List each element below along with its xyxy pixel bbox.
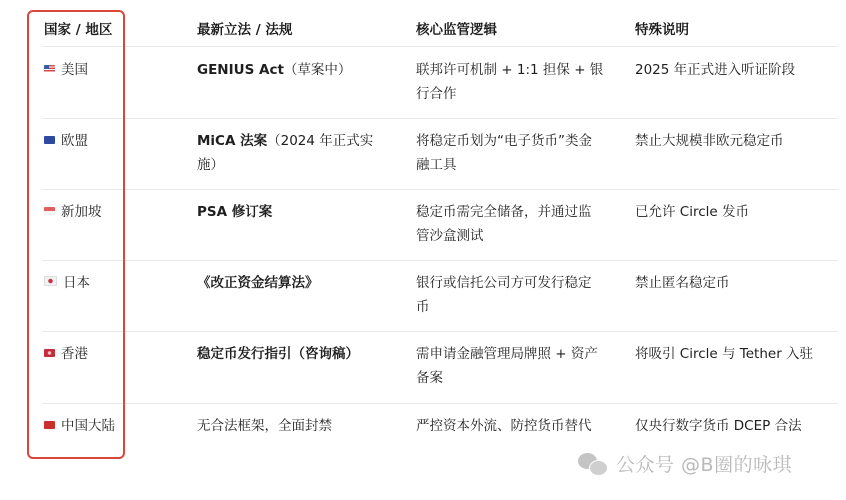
law-suffix: （草案中） xyxy=(284,62,352,78)
table-header: 国家 / 地区 最新立法 / 法规 核心监管逻辑 特殊说明 xyxy=(42,18,838,42)
law-name: GENIUS Act xyxy=(197,62,284,78)
header-divider xyxy=(42,46,838,47)
logic-cell: 将稳定币划为“电子货币”类金融工具 xyxy=(416,129,596,177)
law-cell: PSA 修订案 xyxy=(197,200,397,224)
logic-cell: 严控资本外流、防控货币替代 xyxy=(416,414,596,438)
region-column-highlight xyxy=(27,10,125,459)
row-divider xyxy=(42,403,838,404)
law-name: MiCA 法案 xyxy=(197,133,267,149)
logic-cell: 银行或信托公司方可发行稳定币 xyxy=(416,271,596,319)
note-cell: 仅央行数字货币 DCEP 合法 xyxy=(635,414,840,438)
logic-cell: 需申请金融管理局牌照 + 资产备案 xyxy=(416,342,601,390)
row-divider xyxy=(42,331,838,332)
logic-cell: 稳定币需完全储备，并通过监管沙盒测试 xyxy=(416,200,596,248)
table-row: 新加坡 PSA 修订案 稳定币需完全储备，并通过监管沙盒测试 已允许 Circl… xyxy=(42,200,838,260)
table-row: 日本 《改正资金结算法》 银行或信托公司方可发行稳定币 禁止匿名稳定币 xyxy=(42,271,838,331)
table-row: 欧盟 MiCA 法案（2024 年正式实施） 将稳定币划为“电子货币”类金融工具… xyxy=(42,129,838,189)
note-cell: 禁止匿名稳定币 xyxy=(635,271,840,295)
law-cell: 稳定币发行指引（咨询稿） xyxy=(197,342,407,366)
law-name: 《改正资金结算法》 xyxy=(197,275,319,291)
law-name: PSA 修订案 xyxy=(197,204,272,220)
row-divider xyxy=(42,260,838,261)
law-cell: 《改正资金结算法》 xyxy=(197,271,397,295)
law-cell: 无合法框架，全面封禁 xyxy=(197,414,397,438)
law-suffix: 无合法框架，全面封禁 xyxy=(197,418,332,434)
wechat-icon xyxy=(578,453,608,475)
law-cell: MiCA 法案（2024 年正式实施） xyxy=(197,129,382,177)
header-law: 最新立法 / 法规 xyxy=(197,18,397,42)
header-note: 特殊说明 xyxy=(635,18,840,42)
row-divider xyxy=(42,118,838,119)
logic-cell: 联邦许可机制 + 1:1 担保 + 银行合作 xyxy=(416,58,606,106)
note-cell: 将吸引 Circle 与 Tether 入驻 xyxy=(635,342,840,366)
table-row: 美国 GENIUS Act（草案中） 联邦许可机制 + 1:1 担保 + 银行合… xyxy=(42,58,838,118)
header-logic: 核心监管逻辑 xyxy=(416,18,616,42)
law-cell: GENIUS Act（草案中） xyxy=(197,58,397,82)
table-row: 香港 稳定币发行指引（咨询稿） 需申请金融管理局牌照 + 资产备案 将吸引 Ci… xyxy=(42,342,838,402)
watermark: 公众号 @B圈的咏琪 xyxy=(578,450,792,477)
watermark-text: 公众号 @B圈的咏琪 xyxy=(616,450,792,477)
note-cell: 已允许 Circle 发币 xyxy=(635,200,840,224)
note-cell: 2025 年正式进入听证阶段 xyxy=(635,58,840,82)
law-name: 稳定币发行指引（咨询稿） xyxy=(197,346,359,362)
note-cell: 禁止大规模非欧元稳定币 xyxy=(635,129,840,153)
row-divider xyxy=(42,189,838,190)
